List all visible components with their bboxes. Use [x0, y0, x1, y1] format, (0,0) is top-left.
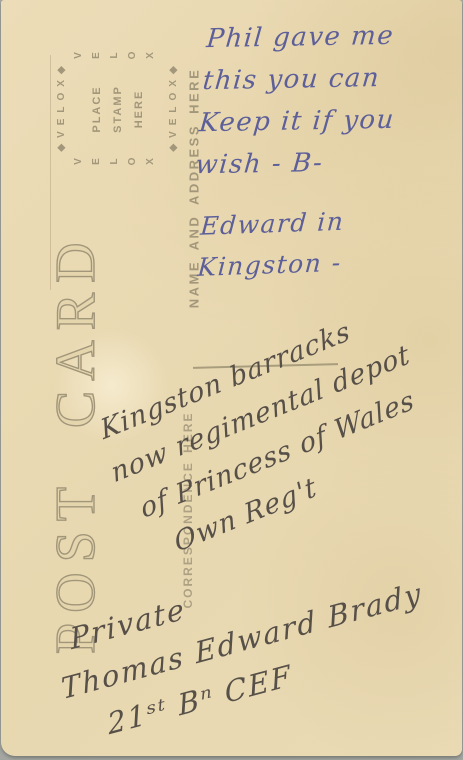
post-card-title: POST CARD: [44, 274, 108, 654]
stamp-box: ◆VELOX◆ VELOX PLACE STAMP HERE VELOX ◆VE…: [56, 49, 180, 169]
handwriting-line: Phil gave me: [205, 14, 459, 60]
stamp-box-line-here: HERE: [129, 63, 150, 155]
velox-left-edge: VELOX: [72, 155, 164, 169]
handwriting-line: this you can: [201, 56, 455, 102]
stamp-box-line-place: PLACE: [87, 63, 108, 155]
stamp-box-line-stamp: STAMP: [108, 63, 129, 155]
stamp-box-middle: VELOX PLACE STAMP HERE VELOX: [68, 49, 168, 169]
handwritten-top-note: Phil gave me this you can Keep it if you…: [194, 14, 459, 187]
postcard-back: ◆VELOX◆ VELOX PLACE STAMP HERE VELOX ◆VE…: [1, 0, 462, 756]
crease-mark: [50, 55, 51, 290]
velox-top-edge: ◆VELOX◆: [56, 49, 68, 169]
velox-right-edge: VELOX: [72, 49, 164, 63]
handwritten-signature: Private Thomas Edward Brady 21ˢᵗ Bⁿ CEF: [53, 516, 456, 758]
handwritten-location-note: Edward in Kingston -: [196, 198, 422, 288]
velox-bottom-edge: ◆VELOX◆: [168, 49, 180, 169]
handwriting-line: wish - B-: [194, 140, 448, 186]
handwriting-line: Kingston -: [196, 239, 419, 288]
stamp-box-center: PLACE STAMP HERE: [87, 63, 150, 155]
handwriting-line: Keep it if you: [197, 98, 451, 144]
